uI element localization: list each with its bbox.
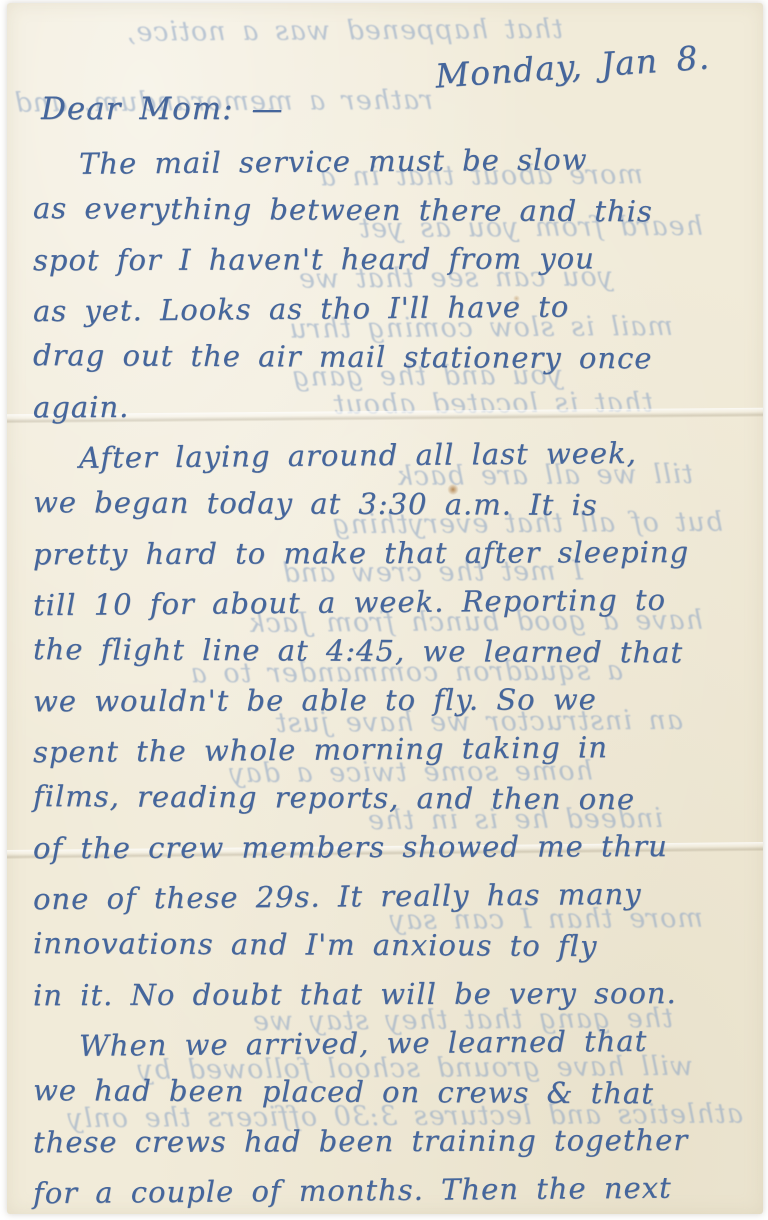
letter-line: spot for I haven't heard from you (33, 234, 763, 286)
letter-line: in it. No doubt that will be very soon. (33, 969, 763, 1021)
letter-line: innovations and I'm anxious to fly (33, 919, 763, 972)
letter-line: these crews had been training together (33, 1116, 763, 1168)
letter-line: as yet. Looks as tho I'll have to (33, 281, 763, 336)
letter-line: drag out the air mail stationery once (33, 331, 763, 384)
letter-line: we had been placed on crews & that (33, 1066, 763, 1119)
letter-line: we wouldn't be able to fly. So we (33, 675, 763, 727)
letter-line: of the crew members showed me thru (33, 822, 763, 874)
letter-line: as everything between there and this (33, 184, 763, 237)
letter-line: till 10 for about a week. Reporting to (33, 575, 763, 630)
letter-body: The mail service must be slow as everyth… (33, 137, 763, 1214)
letter-line: one of these 29s. It really has many (33, 869, 763, 924)
letter-line: the flight line at 4:45, we learned that (33, 625, 763, 678)
letter-paper: that happened was a notice, rather a mem… (7, 3, 763, 1214)
salutation: Dear Mom: — (41, 91, 283, 127)
letter-line: When we arrived, we learned that (33, 1016, 763, 1071)
letter-line: The mail service must be slow (33, 134, 763, 189)
letter-line: films, reading reports, and then one (33, 772, 763, 825)
letter-line: for a couple of months. Then the next (33, 1163, 763, 1214)
letter-line: we began today at 3:30 a.m. It is (33, 478, 763, 531)
letter-line: pretty hard to make that after sleeping (33, 528, 763, 580)
letter-line: spent the whole morning taking in (33, 722, 763, 777)
letter-line: After laying around all last week, (33, 428, 763, 483)
letter-line: again. (33, 381, 763, 433)
